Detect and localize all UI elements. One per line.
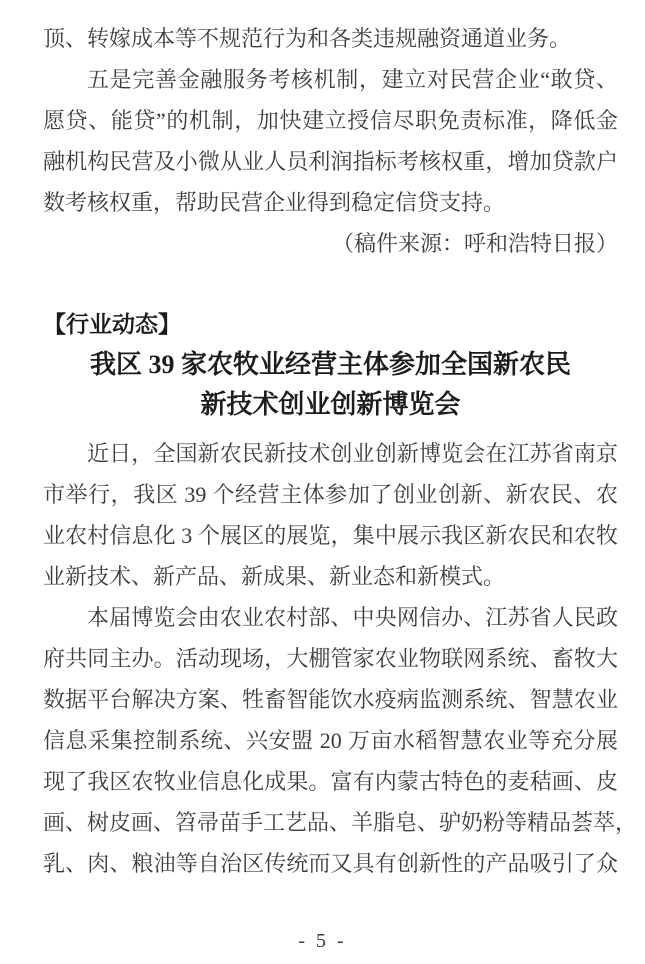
paragraph-line: 业农村信息化 3 个展区的展览，集中展示我区新农民和农牧 (43, 515, 618, 556)
paragraph-line: 融机构民营及小微从业人员利润指标考核权重，增加贷款户 (43, 141, 618, 182)
paragraph-line: 画、树皮画、笤帚苗手工艺品、羊脂皂、驴奶粉等精品荟萃， (43, 802, 618, 843)
paragraph-expo-intro: 近日，全国新农民新技术创业创新博览会在江苏省南京 市举行，我区 39 个经营主体… (43, 433, 618, 597)
paragraph-line: 数考核权重，帮助民营企业得到稳定信贷支持。 (43, 182, 618, 223)
document-page: 顶、转嫁成本等不规范行为和各类违规融资通道业务。 五是完善金融服务考核机制，建立… (0, 0, 645, 964)
article-title-line-1: 我区 39 家农牧业经营主体参加全国新农民 (43, 345, 618, 385)
article-title-line-2: 新技术创业创新博览会 (43, 385, 618, 425)
paragraph-line: 市举行，我区 39 个经营主体参加了创业创新、新农民、农 (43, 474, 618, 515)
paragraph-line: 乳、肉、粮油等自治区传统而又具有创新性的产品吸引了众 (43, 843, 618, 884)
page-content: 顶、转嫁成本等不规范行为和各类违规融资通道业务。 五是完善金融服务考核机制，建立… (43, 18, 618, 884)
paragraph-line: 府共同主办。活动现场，大棚管家农业物联网系统、畜牧大 (43, 638, 618, 679)
section-header: 【行业动态】 (43, 304, 618, 345)
paragraph-line: 近日，全国新农民新技术创业创新博览会在江苏省南京 (43, 433, 618, 474)
paragraph-line: 本届博览会由农业农村部、中央网信办、江苏省人民政 (43, 597, 618, 638)
paragraph-line: 信息采集控制系统、兴安盟 20 万亩水稻智慧农业等充分展 (43, 720, 618, 761)
source-attribution: （稿件来源：呼和浩特日报） (43, 223, 618, 264)
paragraph-point-five: 五是完善金融服务考核机制，建立对民营企业“敢贷、 愿贷、能贷”的机制，加快建立授… (43, 59, 618, 223)
paragraph-line: 数据平台解决方案、牲畜智能饮水疫病监测系统、智慧农业 (43, 679, 618, 720)
paragraph-line: 愿贷、能贷”的机制，加快建立授信尽职免责标准，降低金 (43, 100, 618, 141)
paragraph-line: 顶、转嫁成本等不规范行为和各类违规融资通道业务。 (43, 18, 618, 59)
paragraph-expo-detail: 本届博览会由农业农村部、中央网信办、江苏省人民政 府共同主办。活动现场，大棚管家… (43, 597, 618, 884)
article-title: 我区 39 家农牧业经营主体参加全国新农民 新技术创业创新博览会 (43, 345, 618, 425)
paragraph-line: 五是完善金融服务考核机制，建立对民营企业“敢贷、 (43, 59, 618, 100)
paragraph-line: 业新技术、新产品、新成果、新业态和新模式。 (43, 556, 618, 597)
page-number: - 5 - (0, 930, 645, 953)
paragraph-line: 现了我区农牧业信息化成果。富有内蒙古特色的麦秸画、皮 (43, 761, 618, 802)
